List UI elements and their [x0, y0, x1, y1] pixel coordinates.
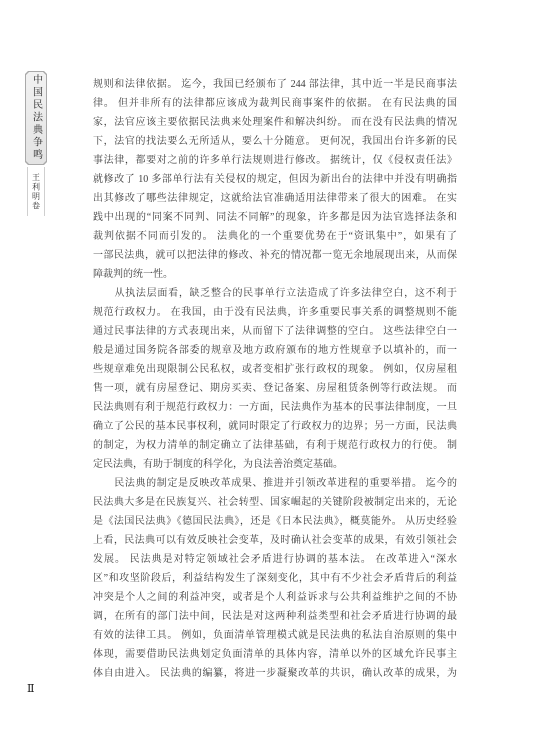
text-line: 些规章难免出现限制公民私权，或者变相扩张行政权的现象。 例如，仅房屋租	[93, 360, 457, 379]
text-line: 调，在所有的部门法中间，民法是对这两种利益类型和社会矛盾进行协调的最	[93, 607, 457, 626]
text-line: 区”和攻坚阶段后，利益结构发生了深刻变化，其中有不少社会矛盾背后的利益	[93, 569, 457, 588]
text-line: 体现，需要借助民法典划定负面清单的具体内容，清单以外的区域允许民事主	[93, 645, 457, 664]
volume-label: 王利明卷	[27, 167, 45, 216]
text-line: 从执法层面看，缺乏整合的民事单行立法造成了许多法律空白，这不利于	[93, 284, 457, 303]
page-number: Ⅱ	[27, 682, 34, 695]
text-line: 障裁判的统一性。	[93, 265, 457, 284]
text-line: 践中出现的“同案不同判、同法不同解”的现象，许多都是因为法官选择法条和	[93, 208, 457, 227]
text-line: 出其修改了哪些法律规定，这就给法官准确适用法律带来了很大的困难。 在实	[93, 189, 457, 208]
text-line: 定民法典，有助于制度的科学化，为良法善治奠定基础。	[93, 455, 457, 474]
body-text: 规则和法律依据。 迄今，我国已经颁布了 244 部法律，其中近一半是民商事法 律…	[93, 75, 457, 683]
text-line: 冲突是个人之间的利益冲突，或者是个人利益诉求与公共利益维护之间的不协	[93, 588, 457, 607]
text-line: 家，法官应该主要依据民法典来处理案件和解决纠纷。 而在没有民法典的情况	[93, 113, 457, 132]
text-line: 规则和法律依据。 迄今，我国已经颁布了 244 部法律，其中近一半是民商事法	[93, 75, 457, 94]
text-line: 体自由进入。 民法典的编纂，将进一步凝聚改革的共识，确认改革的成果，为	[93, 664, 457, 683]
text-line: 民法典的制定是反映改革成果、推进并引领改革进程的重要举措。 迄今的	[93, 474, 457, 493]
text-line: 般是通过国务院各部委的规章及地方政府颁布的地方性规章予以填补的，而一	[93, 341, 457, 360]
text-line: 发展。 民法典是对特定领域社会矛盾进行协调的基本法。 在改革进入“深水	[93, 550, 457, 569]
text-line: 的制定，为权力清单的制定确立了法律基础，有利于规范行政权力的行使。 制	[93, 436, 457, 455]
text-line: 售一项，就有房屋登记、期房买卖、登记备案、房屋租赁条例等行政法规。 而	[93, 379, 457, 398]
spine-title-text: 中国民法典争鸣	[26, 72, 46, 164]
text-line: 就修改了 10 多部单行法有关侵权的规定，但因为新出台的法律中并没有明确指	[93, 170, 457, 189]
text-line: 确立了公民的基本民事权利，就同时限定了行政权力的边界；另一方面，民法典	[93, 417, 457, 436]
paragraph-3: 民法典的制定是反映改革成果、推进并引领改革进程的重要举措。 迄今的 民法典大多是…	[93, 474, 457, 683]
paragraph-2: 从执法层面看，缺乏整合的民事单行立法造成了许多法律空白，这不利于 规范行政权力。…	[93, 284, 457, 474]
paragraph-1: 规则和法律依据。 迄今，我国已经颁布了 244 部法律，其中近一半是民商事法 律…	[93, 75, 457, 284]
text-line: 律。 但并非所有的法律都应该成为裁判民商事案件的依据。 在有民法典的国	[93, 94, 457, 113]
text-line: 民法典大多是在民族复兴、社会转型、国家崛起的关键阶段被制定出来的，无论	[93, 493, 457, 512]
text-line: 下，法官的找法要么无所适从，要么十分随意。 更何况，我国出台许多新的民	[93, 132, 457, 151]
text-line: 事法律，都要对之前的许多单行法规则进行修改。 据统计，仅《侵权责任法》	[93, 151, 457, 170]
text-line: 民法典则有利于规范行政权力：一方面，民法典作为基本的民事法律制度，一旦	[93, 398, 457, 417]
text-line: 规范行政权力。 在我国，由于没有民法典，许多重要民事关系的调整规则不能	[93, 303, 457, 322]
spine-title-box: 中国民法典争鸣	[25, 71, 47, 165]
text-line: 一部民法典，就可以把法律的修改、补充的情况都一览无余地展现出来，从而保	[93, 246, 457, 265]
text-line: 是《法国民法典》《德国民法典》，还是《日本民法典》，概莫能外。 从历史经验	[93, 512, 457, 531]
text-line: 有效的法律工具。 例如，负面清单管理模式就是民法典的私法自治原则的集中	[93, 626, 457, 645]
text-line: 上看，民法典可以有效反映社会变革，及时确认社会变革的成果，有效引领社会	[93, 531, 457, 550]
text-line: 裁判依据不同而引发的。 法典化的一个重要优势在于“资讯集中”，如果有了	[93, 227, 457, 246]
text-line: 通过民事法律的方式表现出来，从而留下了法律调整的空白。 这些法律空白一	[93, 322, 457, 341]
book-page: 中国民法典争鸣 王利明卷 规则和法律依据。 迄今，我国已经颁布了 244 部法律…	[0, 0, 542, 754]
